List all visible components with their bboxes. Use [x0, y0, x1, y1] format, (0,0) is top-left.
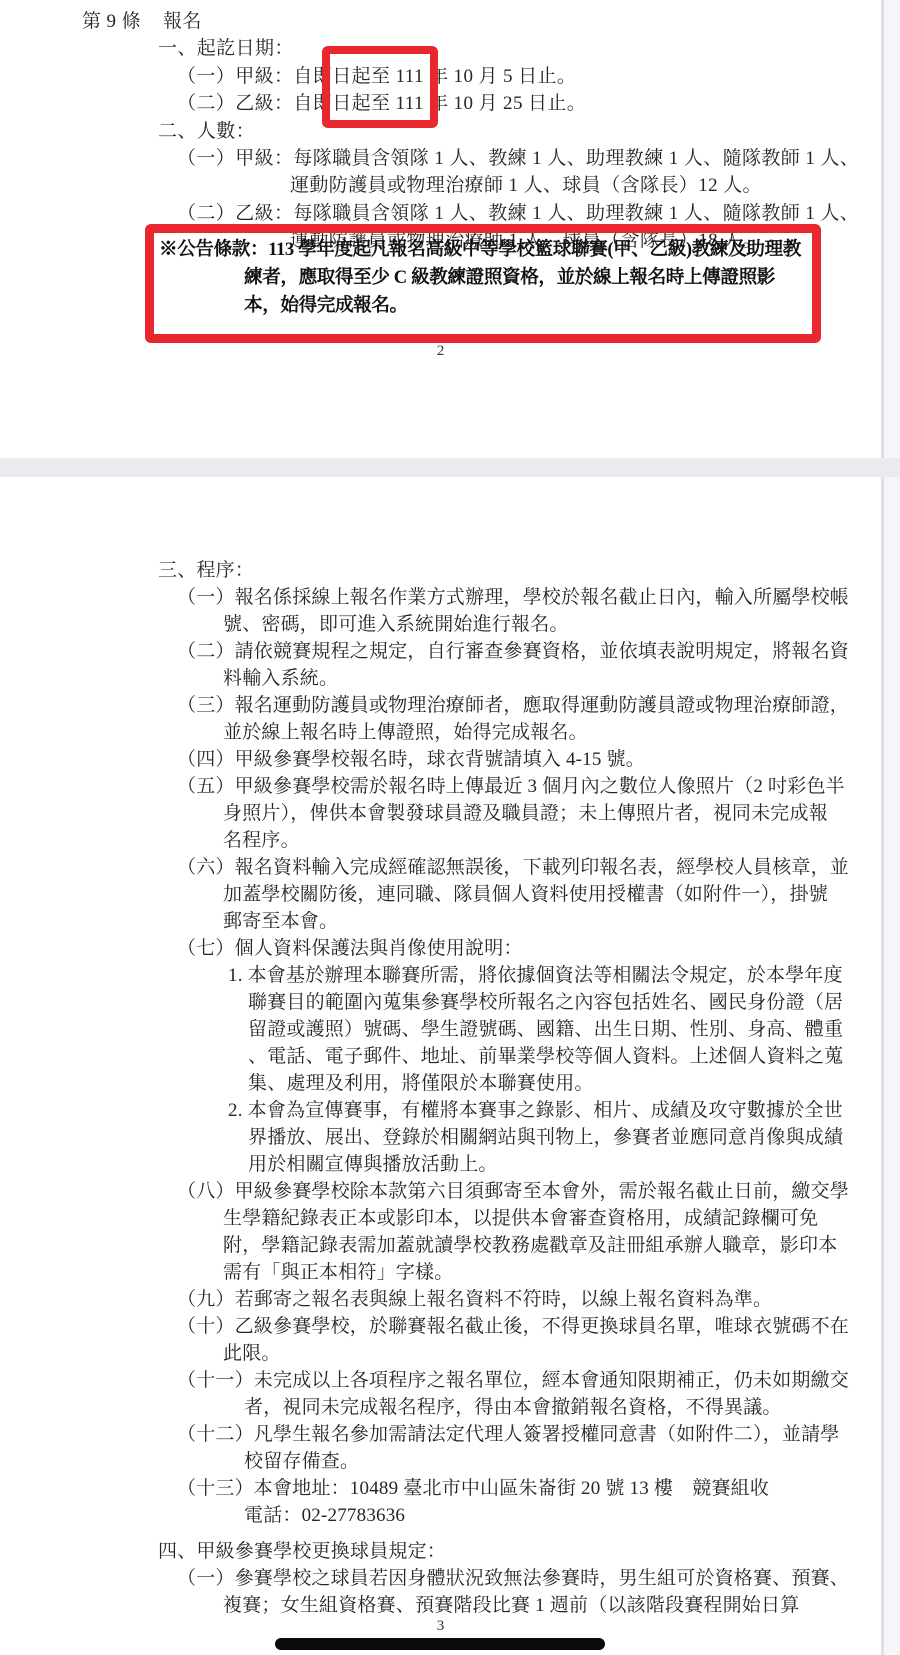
- text-line: （三）報名運動防護員或物理治療師者，應取得運動防護員證或物理治療師證，: [0, 692, 861, 719]
- text-line: 1. 本會基於辦理本聯賽所需，將依據個資法等相關法令規定，於本學年度: [0, 962, 861, 989]
- text-line: （一）報名係採線上報名作業方式辦理，學校於報名截止日內，輸入所屬學校帳: [0, 584, 861, 611]
- text-line: 本，始得完成報名。: [154, 292, 812, 320]
- text-line: （八）甲級參賽學校除本款第六目須郵寄至本會外，需於報名截止日前，繳交學: [0, 1178, 861, 1205]
- text-line: （一）甲級：自即日起至 111 年 10 月 5 日止。: [0, 63, 861, 90]
- text-line: 用於相關宣傳與播放活動上。: [0, 1151, 861, 1178]
- text-line: （七）個人資料保護法與肖像使用說明：: [0, 935, 861, 962]
- text-line: 三、程序：: [0, 557, 861, 584]
- text-line: （二）乙級：每隊職員含領隊 1 人、教練 1 人、助理教練 1 人、隨隊教師 1…: [0, 200, 861, 227]
- page-gap-divider: [0, 458, 900, 477]
- text-line: 郵寄至本會。: [0, 908, 861, 935]
- text-line: （一）甲級：每隊職員含領隊 1 人、教練 1 人、助理教練 1 人、隨隊教師 1…: [0, 145, 861, 172]
- text-line: （二）乙級：自即日起至 111 年 10 月 25 日止。: [0, 90, 861, 117]
- text-line: 並於線上報名時上傳證照，始得完成報名。: [0, 719, 861, 746]
- text-line: ※公告條款：113 學年度起凡報名高級中等學校籃球聯賽(甲、乙級)教練及助理教: [154, 236, 812, 264]
- text-line: 聯賽目的範圍內蒐集參賽學校所報名之內容包括姓名、國民身份證（居: [0, 989, 861, 1016]
- text-line: 運動防護員或物理治療師 1 人、球員（含隊長）12 人。: [0, 172, 861, 199]
- text-line: 集、處理及利用，將僅限於本聯賽使用。: [0, 1070, 861, 1097]
- text-line: （十）乙級參賽學校，於聯賽報名截止後，不得更換球員名單，唯球衣號碼不在: [0, 1313, 861, 1340]
- page-3-text-block: 三、程序：（一）報名係採線上報名作業方式辦理，學校於報名截止日內，輸入所屬學校帳…: [0, 557, 861, 1619]
- page-number-2: 2: [0, 343, 881, 360]
- text-line: （六）報名資料輸入完成經確認無誤後，下載列印報名表，經學校人員核章，並: [0, 854, 861, 881]
- text-line: 、電話、電子郵件、地址、前畢業學校等個人資料。上述個人資料之蒐: [0, 1043, 861, 1070]
- text-line: 號、密碼，即可進入系統開始進行報名。: [0, 611, 861, 638]
- text-line: 者，視同未完成報名程序，得由本會撤銷報名資格，不得異議。: [0, 1394, 861, 1421]
- text-line: 料輸入系統。: [0, 665, 861, 692]
- article-number: 第 9 條: [82, 11, 141, 32]
- article-heading: 第 9 條報名: [0, 8, 861, 35]
- pdf-viewer[interactable]: 第 9 條報名 一、起訖日期：（一）甲級：自即日起至 111 年 10 月 5 …: [0, 0, 900, 1655]
- text-line: 校留存備查。: [0, 1448, 861, 1475]
- text-line: （十二）凡學生報名參加需請法定代理人簽署授權同意書（如附件二），並請學: [0, 1421, 861, 1448]
- document-page-3: 三、程序：（一）報名係採線上報名作業方式辦理，學校於報名截止日內，輸入所屬學校帳…: [0, 477, 881, 1655]
- text-line: 一、起訖日期：: [0, 35, 861, 62]
- text-line: 需有「與正本相符」字樣。: [0, 1259, 861, 1286]
- text-line: 名程序。: [0, 827, 861, 854]
- text-line: 附，學籍記錄表需加蓋就讀學校教務處戳章及註冊組承辦人職章，影印本: [0, 1232, 861, 1259]
- text-line: 複賽；女生組資格賽、預賽階段比賽 1 週前（以該階段賽程開始日算: [0, 1592, 861, 1619]
- text-line: （五）甲級參賽學校需於報名時上傳最近 3 個月內之數位人像照片（2 吋彩色半: [0, 773, 861, 800]
- text-line: （二）請依競賽規程之規定，自行審查參賽資格，並依填表說明規定，將報名資: [0, 638, 861, 665]
- home-indicator[interactable]: [275, 1638, 605, 1650]
- text-line: 2. 本會為宣傳賽事，有權將本賽事之錄影、相片、成績及攻守數據於全世: [0, 1097, 861, 1124]
- text-line: （四）甲級參賽學校報名時，球衣背號請填入 4-15 號。: [0, 746, 861, 773]
- text-line: 身照片），俾供本會製發球員證及職員證；未上傳照片者，視同未完成報: [0, 800, 861, 827]
- text-line: 練者，應取得至少 C 級教練證照資格，並於線上報名時上傳證照影: [154, 264, 812, 292]
- page-number-3: 3: [0, 1618, 881, 1635]
- text-line: 此限。: [0, 1340, 861, 1367]
- text-line: （十一）未完成以上各項程序之報名單位，經本會通知限期補正，仍未如期繳交: [0, 1367, 861, 1394]
- viewer-right-margin: [880, 0, 900, 1655]
- text-line: 四、甲級參賽學校更換球員規定：: [0, 1538, 861, 1565]
- article-title: 報名: [163, 11, 202, 32]
- text-line: （十三）本會地址：10489 臺北市中山區朱崙街 20 號 13 樓 競賽組收: [0, 1475, 861, 1502]
- text-line: 留證或護照）號碼、學生證號碼、國籍、出生日期、性別、身高、體重: [0, 1016, 861, 1043]
- announcement-text-block: ※公告條款：113 學年度起凡報名高級中等學校籃球聯賽(甲、乙級)教練及助理教練…: [154, 236, 812, 320]
- document-page-2: 第 9 條報名 一、起訖日期：（一）甲級：自即日起至 111 年 10 月 5 …: [0, 0, 881, 458]
- text-line: 界播放、展出、登錄於相關網站與刊物上，參賽者並應同意肖像與成績: [0, 1124, 861, 1151]
- text-line: 加蓋學校關防後，連同職、隊員個人資料使用授權書（如附件一），掛號: [0, 881, 861, 908]
- page-2-text-block: 第 9 條報名 一、起訖日期：（一）甲級：自即日起至 111 年 10 月 5 …: [0, 8, 861, 255]
- text-line: 生學籍紀錄表正本或影印本，以提供本會審查資格用，成績記錄欄可免: [0, 1205, 861, 1232]
- text-line: （一）參賽學校之球員若因身體狀況致無法參賽時，男生組可於資格賽、預賽、: [0, 1565, 861, 1592]
- text-line: 二、人數：: [0, 118, 861, 145]
- text-line: （九）若郵寄之報名表與線上報名資料不符時，以線上報名資料為準。: [0, 1286, 861, 1313]
- text-line: 電話：02-27783636: [0, 1502, 861, 1529]
